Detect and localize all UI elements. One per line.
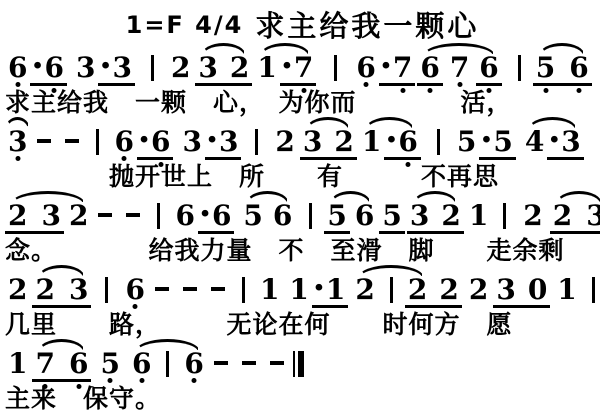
- barline: [309, 203, 312, 229]
- spacer: [446, 126, 454, 127]
- beam-group: •6: [198, 200, 234, 234]
- beam-group: •7: [379, 52, 415, 86]
- note-1: 1: [8, 348, 27, 379]
- rhythm-dot-icon: •: [480, 126, 489, 155]
- rhythm-dot-icon: •: [206, 126, 215, 155]
- system-1: 6•63•32321•76•767656求主给我 一颗 心， 为你而 活，: [5, 52, 600, 116]
- rhythm-dot-icon: •: [281, 52, 290, 81]
- note-1: 1: [289, 274, 308, 305]
- slur-arc: [330, 191, 371, 204]
- spacer: [580, 274, 586, 275]
- duration-dash: [126, 213, 140, 217]
- spacer: [502, 52, 512, 53]
- note-6: 6: [114, 126, 133, 157]
- note-7: 7: [35, 348, 54, 379]
- note-1: 1: [257, 52, 276, 83]
- song-title: 求主给我一颗心: [255, 11, 479, 43]
- spacer: [91, 274, 99, 275]
- note-2: 2: [171, 52, 190, 83]
- slur-arc: [38, 339, 85, 352]
- spacer: [343, 52, 353, 53]
- barline: [518, 55, 521, 81]
- beam-group: •3: [547, 126, 583, 160]
- beam-group: •1: [312, 274, 348, 308]
- spacer: [166, 200, 172, 201]
- spacer: [357, 126, 359, 127]
- lyrics-row: 抛开世上 所 有 不再思: [5, 164, 600, 190]
- note-2: 2: [355, 274, 374, 305]
- duration-dash: [242, 361, 256, 365]
- note-3: 3: [496, 274, 515, 305]
- beam-group: 23: [32, 274, 91, 308]
- slur-arc: [528, 117, 577, 130]
- note-7: 7: [294, 52, 313, 83]
- spacer: [421, 126, 431, 127]
- slur-arc: [5, 117, 30, 130]
- final-bar-thick: [298, 351, 304, 377]
- notation-row: 36•63•32321•65•54•3: [5, 126, 600, 161]
- duration-dash: [65, 139, 79, 143]
- note-4: 4: [525, 126, 544, 157]
- barline: [166, 351, 169, 377]
- slur-arc: [246, 191, 289, 204]
- note-5: 5: [382, 200, 401, 231]
- barline: [151, 55, 154, 81]
- note-5: 5: [457, 126, 476, 157]
- beam-group: •7: [280, 52, 316, 86]
- spacer: [512, 200, 520, 201]
- spacer: [105, 126, 111, 127]
- note-6: 6: [479, 52, 498, 83]
- beam-group: •3: [205, 126, 241, 160]
- note-2: 2: [8, 274, 27, 305]
- note-6: 6: [420, 52, 439, 83]
- note-6: 6: [125, 274, 144, 305]
- beam-group: 76: [32, 348, 91, 382]
- barline: [437, 129, 440, 155]
- final-barline: [293, 351, 304, 377]
- lyrics-row: 几里 路， 无论在何 时何方 愿: [5, 312, 600, 338]
- note-5: 5: [327, 200, 346, 231]
- note-2: 2: [69, 200, 88, 231]
- rhythm-dot-icon: •: [313, 274, 322, 303]
- barline: [503, 203, 506, 229]
- beam-group: •6: [30, 52, 66, 86]
- beam-group: 5: [379, 200, 404, 234]
- spacer: [519, 274, 525, 275]
- note-6: 6: [212, 200, 231, 231]
- duration-dash: [98, 213, 112, 217]
- spacer: [550, 274, 554, 275]
- spacer: [295, 200, 303, 201]
- duration-dash: [183, 287, 197, 291]
- spacer: [464, 200, 466, 201]
- beam-group: 32: [407, 200, 464, 234]
- beam-group: 23: [5, 200, 64, 234]
- rhythm-dot-icon: •: [99, 52, 108, 81]
- beam-group: 6: [476, 52, 501, 86]
- spacer: [160, 52, 168, 53]
- spacer: [123, 348, 129, 349]
- note-2: 2: [523, 200, 542, 231]
- spacer: [252, 52, 254, 53]
- beam-group: 32: [195, 52, 252, 86]
- rhythm-dot-icon: •: [385, 126, 394, 155]
- spacer: [67, 52, 73, 53]
- note-2: 2: [8, 200, 27, 231]
- note-3: 3: [410, 200, 429, 231]
- note-5: 5: [536, 52, 555, 83]
- note-1: 1: [469, 200, 488, 231]
- slur-arc: [358, 265, 424, 278]
- note-2: 2: [441, 200, 460, 231]
- slur-arc: [556, 191, 600, 204]
- note-2: 2: [553, 200, 572, 231]
- note-1: 1: [326, 274, 345, 305]
- title-row: 1=F 4/4求主给我一颗心: [5, 4, 600, 42]
- beam-group: •6: [137, 126, 173, 160]
- spacer: [91, 348, 97, 349]
- lyrics-row: 主来 保守。: [5, 386, 600, 411]
- rhythm-dot-icon: •: [548, 126, 557, 155]
- note-6: 6: [151, 126, 170, 157]
- note-6: 6: [132, 348, 151, 379]
- spacer: [135, 52, 145, 53]
- spacer: [316, 52, 328, 53]
- note-3: 3: [112, 52, 131, 83]
- note-2: 2: [275, 126, 294, 157]
- barline: [334, 55, 337, 81]
- spacer: [241, 126, 249, 127]
- beam-group: 6: [417, 52, 442, 86]
- note-6: 6: [44, 52, 63, 83]
- slur-arc: [413, 191, 457, 204]
- note-3: 3: [586, 200, 600, 231]
- barline: [105, 277, 108, 303]
- note-6: 6: [398, 126, 417, 157]
- slur-arc: [365, 117, 414, 130]
- note-6: 6: [356, 52, 375, 83]
- note-2: 2: [334, 126, 353, 157]
- spacer: [430, 274, 436, 275]
- note-3: 3: [219, 126, 238, 157]
- music-sheet: 1=F 4/4求主给我一颗心 6•63•32321•76•767656求主给我 …: [0, 0, 600, 411]
- spacer: [147, 200, 151, 201]
- barline: [255, 129, 258, 155]
- note-2: 2: [439, 274, 458, 305]
- beam-group: 22: [405, 274, 462, 308]
- note-0: 0: [528, 274, 547, 305]
- beam-group: 32: [300, 126, 357, 160]
- slur-arc: [11, 191, 85, 204]
- duration-dash: [155, 287, 169, 291]
- barline: [242, 277, 245, 303]
- note-7: 7: [393, 52, 412, 83]
- key-time-signature: 1=F 4/4: [126, 11, 244, 39]
- note-5: 5: [493, 126, 512, 157]
- duration-dash: [37, 139, 51, 143]
- notation-row: 6•63•32321•76•767656: [5, 52, 600, 87]
- slur-arc: [306, 117, 350, 130]
- note-6: 6: [69, 348, 88, 379]
- beam-group: 23: [550, 200, 600, 234]
- note-7: 7: [450, 52, 469, 83]
- spacer: [86, 126, 90, 127]
- rhythm-dot-icon: •: [380, 52, 389, 81]
- beam-group: •6: [384, 126, 420, 160]
- spacer: [232, 274, 236, 275]
- rhythm-dot-icon: •: [199, 200, 208, 229]
- note-2: 2: [469, 274, 488, 305]
- note-3: 3: [76, 52, 95, 83]
- note-6: 6: [273, 200, 292, 231]
- spacer: [251, 274, 257, 275]
- lyrics-row: 求主给我 一颗 心， 为你而 活，: [5, 90, 600, 116]
- notation-row: 176566: [5, 348, 600, 383]
- spacer: [348, 274, 352, 275]
- notation-row: 2326•656565321223: [5, 200, 600, 235]
- note-6: 6: [355, 200, 374, 231]
- spacer: [173, 126, 179, 127]
- note-6: 6: [184, 348, 203, 379]
- duration-dash: [270, 361, 284, 365]
- barline: [96, 129, 99, 155]
- slur-arc: [260, 43, 310, 56]
- note-2: 2: [35, 274, 54, 305]
- slur-arc: [38, 265, 85, 278]
- note-1: 1: [362, 126, 381, 157]
- note-3: 3: [198, 52, 217, 83]
- slur-arc: [423, 43, 495, 56]
- spacer: [114, 274, 122, 275]
- beam-group: •3: [98, 52, 134, 86]
- rhythm-dot-icon: •: [138, 126, 147, 155]
- final-bar-thin: [293, 351, 295, 377]
- duration-dash: [214, 361, 228, 365]
- note-3: 3: [8, 126, 27, 157]
- note-3: 3: [561, 126, 580, 157]
- slur-arc: [135, 339, 200, 352]
- note-1: 1: [260, 274, 279, 305]
- beam-group: •5: [479, 126, 515, 160]
- note-3: 3: [41, 200, 60, 231]
- note-3: 3: [182, 126, 201, 157]
- note-5: 5: [243, 200, 262, 231]
- spacer: [516, 126, 522, 127]
- barline: [390, 277, 393, 303]
- spacer: [234, 200, 240, 201]
- note-3: 3: [69, 274, 88, 305]
- spacer: [584, 126, 594, 127]
- beam-group: 30: [493, 274, 550, 308]
- note-5: 5: [100, 348, 119, 379]
- slur-arc: [539, 43, 585, 56]
- slur-arc: [201, 43, 246, 56]
- duration-dash: [211, 287, 225, 291]
- barline: [157, 203, 160, 229]
- rhythm-dot-icon: •: [31, 52, 40, 81]
- lyrics-row: 念。 给我力量 不 至滑 脚 走余剩: [5, 238, 600, 264]
- note-1: 1: [557, 274, 576, 305]
- note-6: 6: [175, 200, 194, 231]
- beam-group: 5: [324, 200, 349, 234]
- note-2: 2: [408, 274, 427, 305]
- spacer: [264, 126, 272, 127]
- note-6: 6: [8, 52, 27, 83]
- spacer: [491, 200, 497, 201]
- notation-row: 223611•12222301: [5, 274, 600, 309]
- spacer: [282, 274, 286, 275]
- note-2: 2: [230, 52, 249, 83]
- spacer: [462, 274, 466, 275]
- system-4: 223611•12222301几里 路， 无论在何 时何方 愿: [5, 274, 600, 338]
- system-5: 176566主来 保守。: [5, 348, 600, 411]
- note-3: 3: [303, 126, 322, 157]
- system-2: 36•63•32321•65•54•3 抛开世上 所 有 不再思: [5, 126, 600, 190]
- beam-group: 56: [533, 52, 592, 86]
- system-3: 2326•656565321223念。 给我力量 不 至滑 脚 走余剩: [5, 200, 600, 264]
- note-6: 6: [569, 52, 588, 83]
- barline: [592, 277, 595, 303]
- notation-lines: 6•63•32321•76•767656求主给我 一颗 心， 为你而 活，36•…: [5, 52, 600, 411]
